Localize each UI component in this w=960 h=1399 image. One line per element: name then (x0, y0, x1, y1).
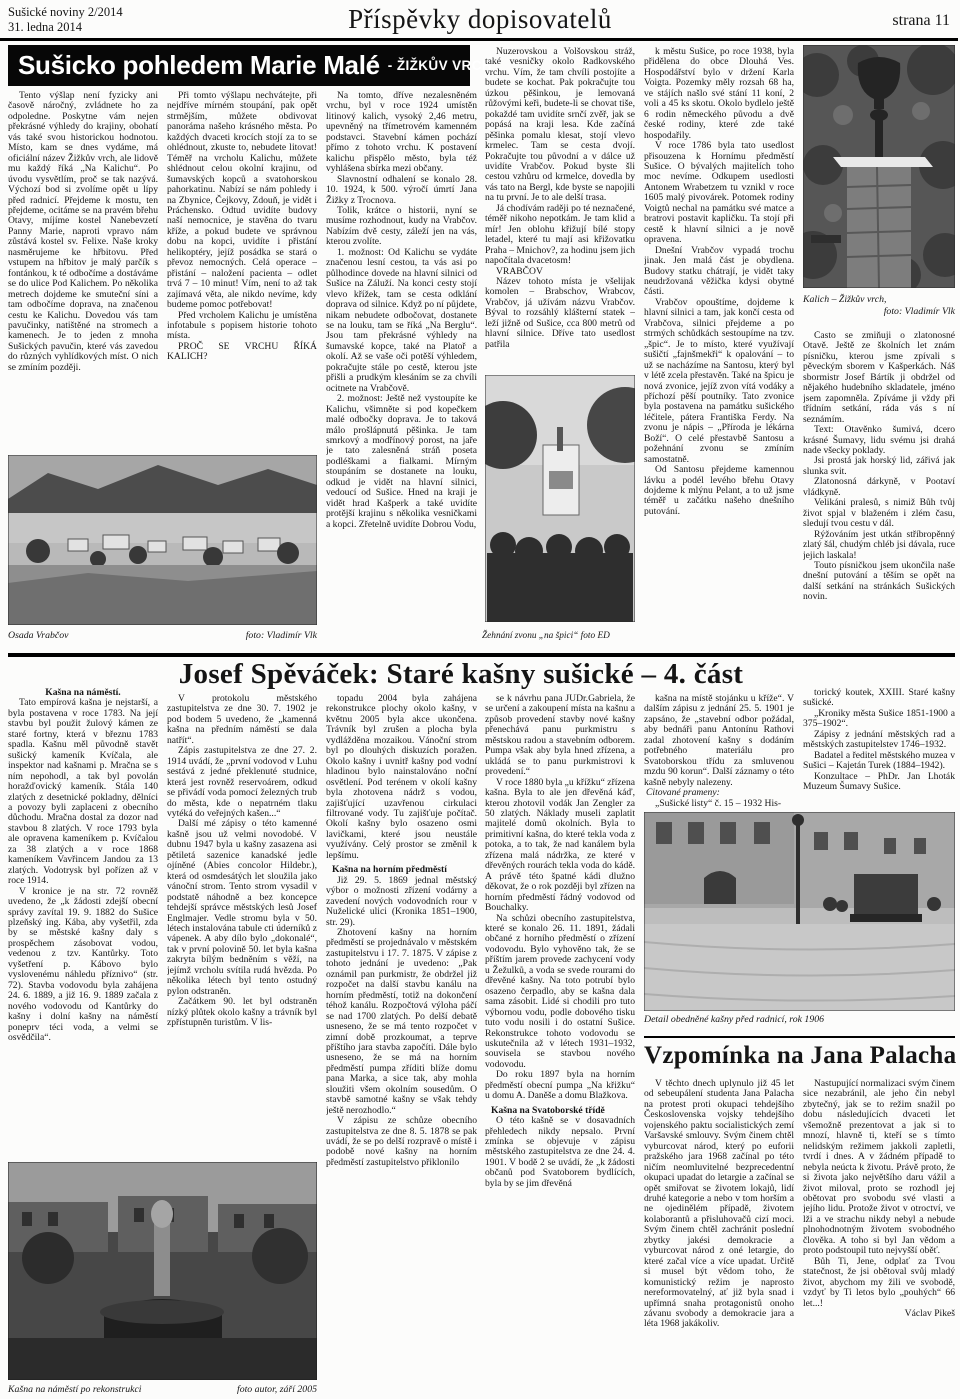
paragraph: Název tohoto místa je všelijak komolen –… (485, 277, 635, 350)
paragraph: Konzultace – PhDr. Jan Lhoták Muzeum Šum… (803, 772, 955, 793)
paragraph: V zápisu ze schůze obecního zastupitelst… (326, 1116, 477, 1168)
paragraph: Bůh Ti, Jene, odplať za Tvou statečnost,… (803, 1257, 955, 1309)
paragraph: Často se zmiňuji o zlatonosné Otavě. Ješ… (803, 331, 955, 425)
article3-column-2: Nastupující normalizaci svým činem sice … (803, 1079, 955, 1398)
article2-title: Josef Spěváček: Staré kašny sušické – 4.… (167, 658, 755, 691)
paragraph: 2. možnost: Ještě než vystoupíte ke Kali… (326, 394, 477, 530)
osada-caption-credit: foto: Vladimír Vlk (246, 630, 317, 642)
paragraph: Tato empírová kašna je nejstarší, a byla… (8, 698, 158, 886)
section-divider (8, 653, 955, 657)
paragraph: Velikáni pralesů, s nimiž Bůh tvůj život… (803, 498, 955, 529)
paragraph: V roce 1786 byla tato usedlost přisouzen… (644, 141, 794, 246)
paragraph: Začátkem 90. let byl odstraněn nízký plů… (167, 997, 317, 1028)
article1-title-suffix: - ŽIŽKŮV VRCH (388, 58, 492, 73)
paragraph: Václav Pikeš (803, 1309, 955, 1319)
zehnani-zvonu-caption: Žehnání zvonu „na špici“ foto ED (482, 630, 642, 642)
article3-title: Vzpomínka na Jana Palacha (644, 1042, 955, 1070)
paragraph: Slavnostní odhalení se konalo 28. 10. 19… (326, 175, 477, 206)
article2-column-1: Kašna na náměstí.Tato empírová kašna je … (8, 688, 158, 1160)
paragraph: Na schůzi obecního zastupitelstva, které… (485, 914, 635, 1071)
page-number: strana 11 (892, 12, 950, 30)
paragraph: Zlatonosná dárkyně, v Pootaví vládkyně. (803, 477, 955, 498)
paragraph: torický koutek, XXIII. Staré kašny sušic… (803, 688, 955, 709)
article2-column-3: topadu 2004 byla zahájena rekonstrukce p… (326, 694, 477, 1398)
osada-vrabcov-caption: Osada Vrabčov foto: Vladimír Vlk (8, 630, 317, 642)
paragraph: V kronice je na str. 72 rovněž uvedeno, … (8, 887, 158, 1044)
paragraph: V roce 1880 byla „u křížku“ zřízena kašn… (485, 778, 635, 914)
paragraph: Další mé zápisy o této kamenné kašně jso… (167, 819, 317, 997)
paragraph: k městu Sušice, po roce 1938, byla přidě… (644, 47, 794, 141)
kalich-caption-title: Kalich – Žižkův vrch, (803, 294, 955, 306)
paragraph: Na tomto, dříve nezalesněném vrchu, byl … (326, 91, 477, 175)
article3-top-rule (644, 1036, 955, 1038)
paragraph: Citované prameny: (644, 788, 794, 798)
paragraph: „Sušické listy“ č. 15 – 1932 His- (644, 799, 794, 809)
paragraph: Text: Otavěnko šumivá, dcero krásné Šuma… (803, 425, 955, 456)
paragraph: Tento výšlap není fyzicky ani časově nár… (8, 91, 158, 373)
paragraph: Již 29. 5. 1869 jednal městský výbor o m… (326, 876, 477, 928)
article1-column-5: k městu Sušice, po roce 1938, byla přidě… (644, 47, 794, 653)
paragraph: topadu 2004 byla zahájena rekonstrukce p… (326, 694, 477, 861)
paragraph: V protokolu městského zastupitelstva ze … (167, 694, 317, 746)
kasna-caption-title: Kašna na náměstí po rekonstrukci (8, 1384, 142, 1396)
paragraph: O této kašně se v dosavadních přehledech… (485, 1116, 635, 1189)
article1-title: Sušicko pohledem Marie Malé (18, 50, 380, 81)
article1-sidebar-column: Často se zmiňuji o zlatonosné Otavě. Ješ… (803, 331, 955, 653)
paragraph: Já chodívám raději po té neznačené, témě… (485, 204, 635, 267)
newspaper-page: Sušické noviny 2/2014 31. ledna 2014 Pří… (0, 0, 960, 1399)
paragraph: Při tomto výšlapu nechvátejte, při nejdř… (167, 91, 317, 311)
paragraph: 1. možnost: Od Kalichu se vydáte značeno… (326, 248, 477, 394)
kasna-caption-credit: foto autor, září 2005 (237, 1384, 317, 1396)
kalich-caption: Kalich – Žižkův vrch, foto: Vladimír Vlk (803, 294, 955, 318)
osada-vrabcov-photo (8, 455, 317, 625)
paragraph: Zápis zastupitelstva ze dne 27. 2. 1914 … (167, 746, 317, 819)
paragraph: Dnešní Vrabčov vypadá trochu jinak. Jen … (644, 246, 794, 298)
header-rule (0, 38, 958, 41)
paragraph: Rýžováním jest utkán stříbropěnný zlatý … (803, 530, 955, 561)
article2-column-5: kašna na místě stojánku u kříže“. V dalš… (644, 694, 794, 810)
paragraph: Touto písničkou jsem ukončila naše dnešn… (803, 561, 955, 603)
paragraph: Od Santosu přejdeme kamennou lávku a pod… (644, 465, 794, 517)
paragraph: Nastupující normalizaci svým činem sice … (803, 1079, 955, 1257)
page-title: Příspěvky dopisovatelů (0, 4, 960, 35)
kalich-photo (803, 45, 955, 288)
detail-kasny-photo (644, 812, 955, 1011)
kasna-namesti-photo (8, 1162, 317, 1380)
paragraph: „Kroniky města Sušice 1851-1900 a 375–19… (803, 709, 955, 730)
article2-column-2: V protokolu městského zastupitelstva ze … (167, 694, 317, 1158)
article1-column-2: Při tomto výšlapu nechvátejte, při nejdř… (167, 91, 317, 449)
zehnani-zvonu-photo (485, 375, 635, 622)
article3-column-1: V těchto dnech uplynulo již 45 let od se… (644, 1079, 794, 1398)
osada-caption-title: Osada Vrabčov (8, 630, 69, 642)
paragraph: Zápisy z jednání městských rad a městský… (803, 730, 955, 751)
paragraph: Jsi prostá jak horský lid, zářivá jak sl… (803, 456, 955, 477)
paragraph: se k návrhu pana JUDr.Gabriela, že se ur… (485, 694, 635, 778)
paragraph: Zhotovení kašny na horním předměstí se p… (326, 928, 477, 1116)
kasna-namesti-caption: Kašna na náměstí po rekonstrukci foto au… (8, 1384, 317, 1396)
article1-title-banner: Sušicko pohledem Marie Malé - ŽIŽKŮV VRC… (8, 45, 470, 86)
paragraph: kašna na místě stojánku u kříže“. V dalš… (644, 694, 794, 788)
article1-column-4: Nuzerovskou a Volšovskou stráž, také ves… (485, 47, 635, 371)
paragraph: Badatel a ředitel městského muzea v Suši… (803, 751, 955, 772)
article1-column-1: Tento výšlap není fyzicky ani časově nár… (8, 91, 158, 449)
paragraph: Do roku 1897 byla na horním předměstí ob… (485, 1070, 635, 1101)
paragraph: Nuzerovskou a Volšovskou stráž, také ves… (485, 47, 635, 204)
article1-column-3: Na tomto, dříve nezalesněném vrchu, byl … (326, 91, 477, 647)
paragraph: PROČ SE VRCHU ŘÍKÁ KALICH? (167, 342, 317, 363)
detail-kasny-caption: Detail obedněné kašny před radnicí, rok … (644, 1014, 955, 1026)
kalich-caption-credit: foto: Vladimír Vlk (803, 306, 955, 318)
paragraph: Před vrcholem Kalichu je umístěna infota… (167, 311, 317, 342)
paragraph: Tolik, krátce o historii, nyní se musíme… (326, 206, 477, 248)
article2-column-4: se k návrhu pana JUDr.Gabriela, že se ur… (485, 694, 635, 1398)
paragraph: Vrabčov opouštíme, dojdeme k hlavní siln… (644, 298, 794, 465)
article2-column-6: torický koutek, XXIII. Staré kašny sušic… (803, 688, 955, 810)
paragraph: V těchto dnech uplynulo již 45 let od se… (644, 1079, 794, 1330)
